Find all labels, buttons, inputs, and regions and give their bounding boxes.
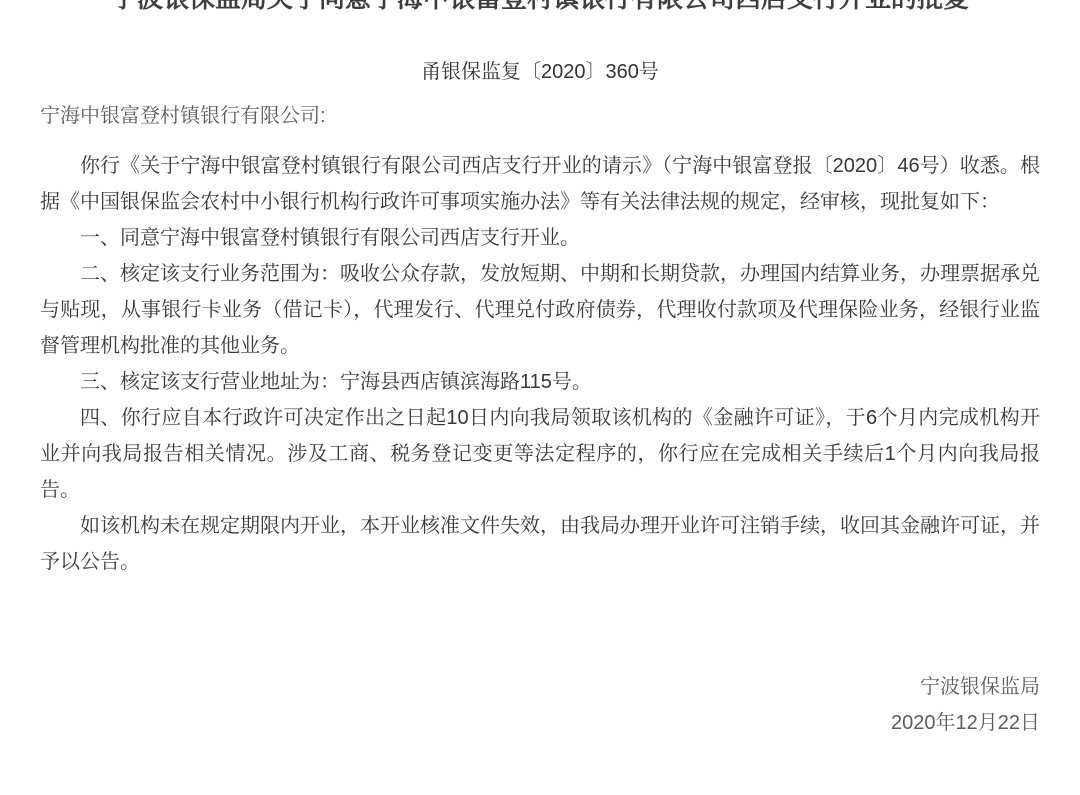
paragraph-closing-invalidation-clause: 如该机构未在规定期限内开业，本开业核准文件失效，由我局办理开业许可注销手续，收回… [40,508,1040,580]
issue-date: 2020年12月22日 [40,705,1040,741]
issuer-name: 宁波银保监局 [40,669,1040,705]
document-body: 你行《关于宁海中银富登村镇银行有限公司西店支行开业的请示》（宁海中银富登报〔20… [40,148,1040,580]
addressee-line: 宁海中银富登村镇银行有限公司: [40,102,1040,130]
paragraph-item-4-license-requirements: 四、你行应自本行政许可决定作出之日起10日内向我局领取该机构的《金融许可证》，于… [40,400,1040,508]
paragraph-intro: 你行《关于宁海中银富登村镇银行有限公司西店支行开业的请示》（宁海中银富登报〔20… [40,148,1040,220]
paragraph-item-3-address: 三、核定该支行营业地址为：宁海县西店镇滨海路115号。 [40,364,1040,400]
paragraph-item-1-approval: 一、同意宁海中银富登村镇银行有限公司西店支行开业。 [40,220,1040,256]
signature-block: 宁波银保监局 2020年12月22日 [40,669,1040,741]
document-page: 宁波银保监局关于同意宁海中银富登村镇银行有限公司西店支行开业的批复 甬银保监复〔… [0,0,1080,741]
document-number: 甬银保监复〔2020〕360号 [40,58,1040,86]
paragraph-item-2-business-scope: 二、核定该支行业务范围为：吸收公众存款，发放短期、中期和长期贷款，办理国内结算业… [40,256,1040,364]
document-title: 宁波银保监局关于同意宁海中银富登村镇银行有限公司西店支行开业的批复 [40,0,1040,12]
